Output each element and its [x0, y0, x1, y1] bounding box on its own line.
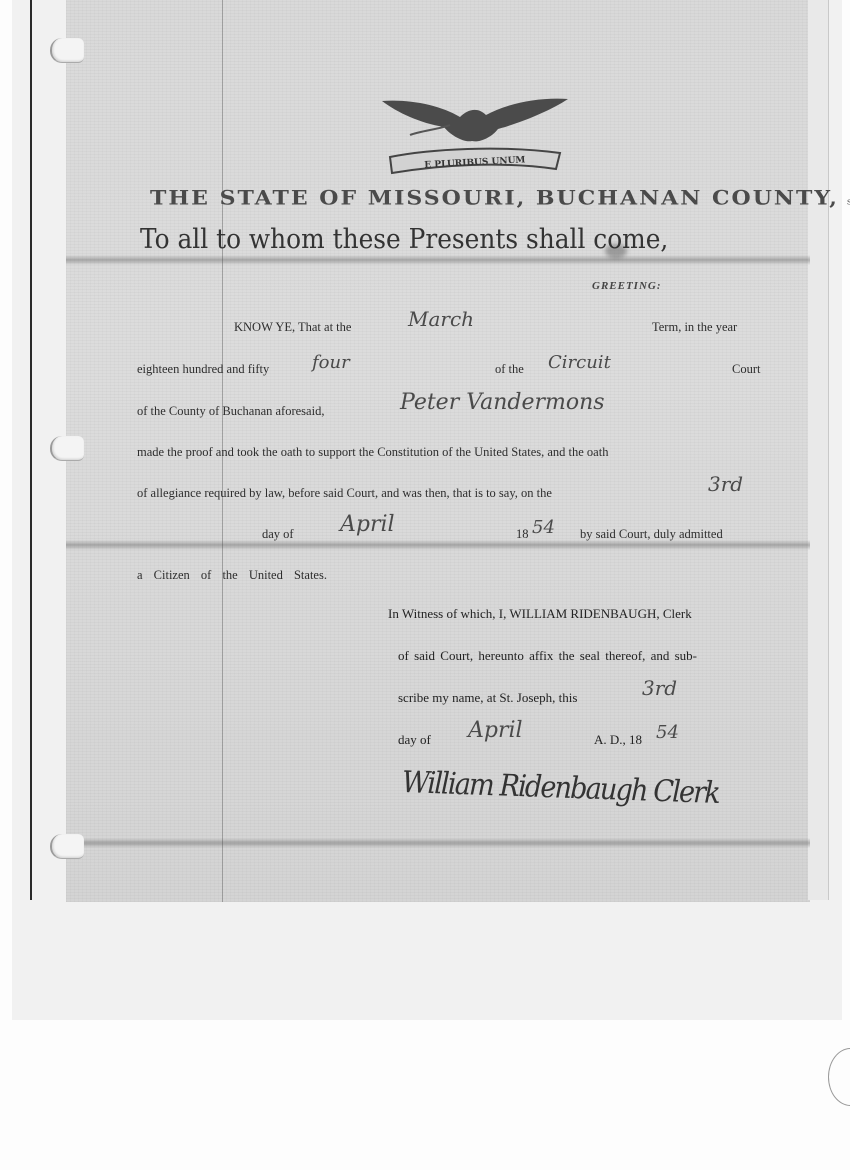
binder-edge-line	[30, 0, 32, 900]
term-month-field: March	[408, 307, 474, 331]
witness-line-2: of said Court, hereunto affix the seal t…	[398, 648, 697, 664]
sign-month-field: April	[468, 718, 523, 743]
witness-line-1: In Witness of which, I, WILLIAM RIDENBAU…	[388, 606, 692, 622]
sign-year-field: 54	[656, 722, 679, 743]
body-line-4: made the proof and took the oath to supp…	[137, 445, 608, 460]
body-line-2-suffix: Court	[732, 362, 760, 377]
paper-edge-strip	[808, 0, 829, 900]
fold-line-horizontal	[66, 838, 810, 848]
punch-hole-icon	[50, 436, 84, 461]
body-line-6-prefix: day of	[262, 527, 294, 542]
year-word-field: four	[312, 352, 350, 373]
fold-line-horizontal	[66, 255, 810, 265]
punch-hole-icon	[50, 38, 84, 63]
eagle-icon: E PLURIBUS UNUM	[380, 95, 570, 180]
body-line-3-prefix: of the County of Buchanan aforesaid,	[137, 404, 324, 419]
admit-month-field: April	[340, 512, 395, 537]
eagle-emblem: E PLURIBUS UNUM	[380, 95, 570, 180]
admit-day-field: 3rd	[708, 472, 743, 496]
witness-ad-label: A. D., 18	[594, 732, 642, 748]
body-line-1-prefix: KNOW YE, That at the	[234, 320, 351, 335]
body-line-2-mid: of the	[495, 362, 524, 377]
admit-year-field: 54	[532, 517, 555, 538]
punch-hole-icon	[50, 834, 84, 859]
sign-day-field: 3rd	[642, 676, 677, 700]
greeting-label: GREETING:	[592, 280, 662, 292]
court-type-field: Circuit	[548, 352, 611, 373]
admit-year-prefix: 18	[516, 527, 529, 542]
document-title: THE STATE OF MISSOURI, BUCHANAN COUNTY,s…	[150, 186, 810, 209]
ink-blot	[605, 244, 627, 258]
body-line-1-suffix: Term, in the year	[652, 320, 737, 335]
witness-line-3-prefix: scribe my name, at St. Joseph, this	[398, 690, 577, 706]
body-line-6-suffix: by said Court, duly admitted	[580, 527, 723, 542]
body-line-7: a Citizen of the United States.	[137, 568, 327, 583]
salutation: To all to whom these Presents shall come…	[140, 224, 668, 255]
witness-line-4-prefix: day of	[398, 732, 431, 748]
body-line-2-prefix: eighteen hundred and fifty	[137, 362, 269, 377]
body-line-5-prefix: of allegiance required by law, before sa…	[137, 486, 552, 501]
state-county-heading: THE STATE OF MISSOURI, BUCHANAN COUNTY,	[150, 186, 839, 209]
page-curl-mark	[828, 1048, 850, 1106]
applicant-name-field: Peter Vandermons	[400, 390, 605, 415]
